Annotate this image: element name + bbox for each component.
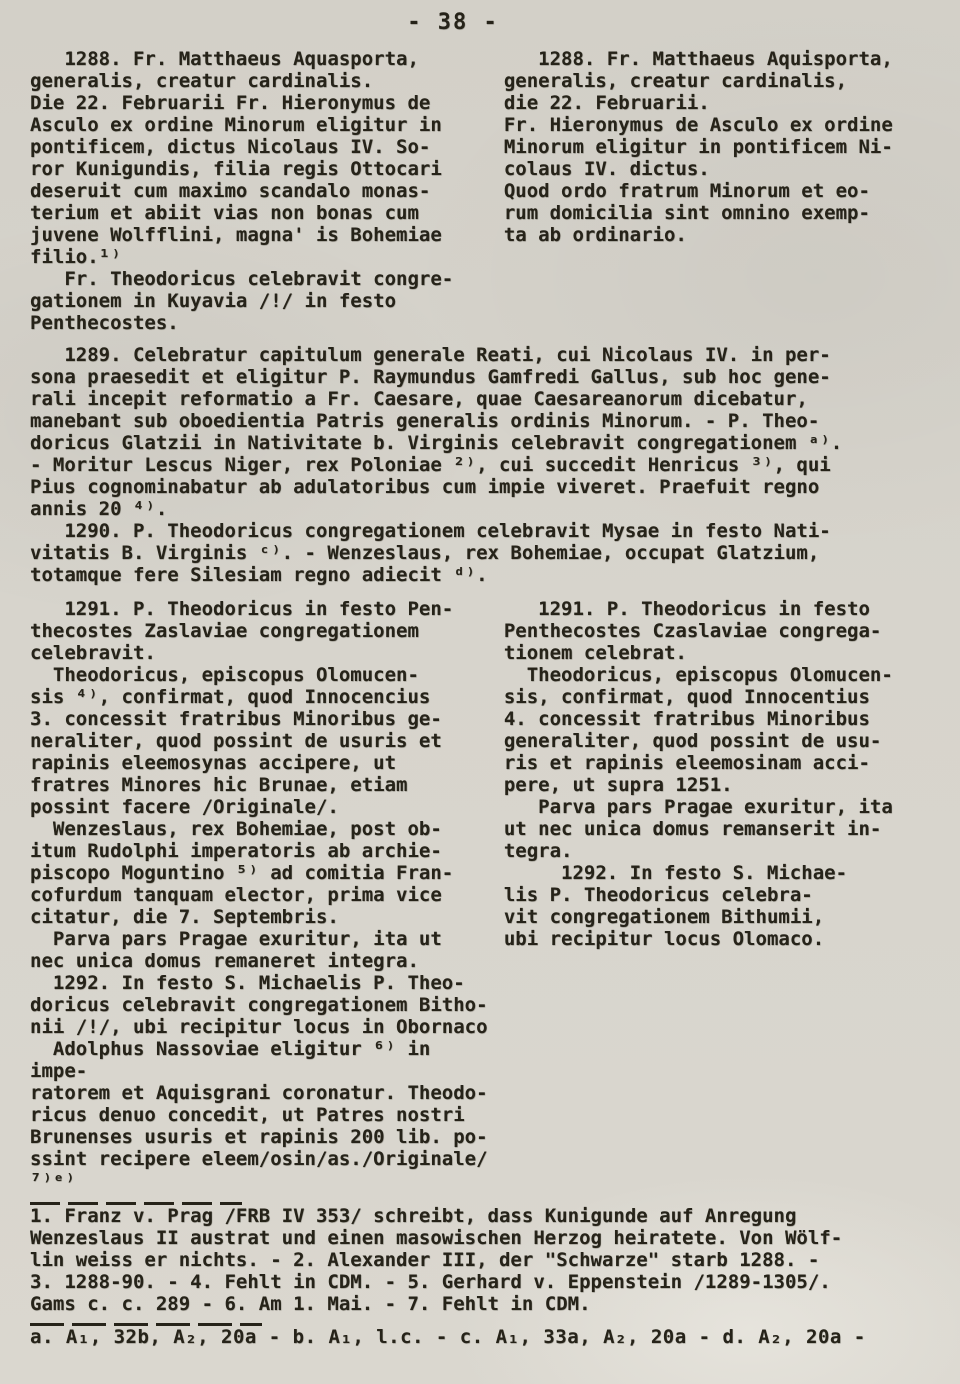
- entry-1288-right: 1288. Fr. Matthaeus Aquisporta, generali…: [504, 48, 932, 114]
- entry-1291-left: 1291. P. Theodoricus in festo Pen- theco…: [30, 598, 494, 664]
- section-1291-1292: 1291. P. Theodoricus in festo Pen- theco…: [30, 598, 932, 1192]
- entry-episcopus-right: Theodoricus, episcopus Olomucen- sis, co…: [504, 664, 932, 796]
- entry-1292-left: 1292. In festo S. Michaelis P. Theo- dor…: [30, 972, 494, 1038]
- entry-wenzeslaus-left: Wenzeslaus, rex Bohemiae, post ob- itum …: [30, 818, 494, 928]
- entry-1290: 1290. P. Theodoricus congregationem cele…: [30, 520, 932, 586]
- column-left-1288: 1288. Fr. Matthaeus Aquasporta, generali…: [30, 48, 494, 334]
- footnotes-text: 1. Franz v. Prag /FRB IV 353/ schreibt, …: [30, 1205, 932, 1315]
- document-page: - 38 - 1288. Fr. Matthaeus Aquasporta, g…: [0, 0, 960, 1348]
- entry-parva-right: Parva pars Pragae exuritur, ita ut nec u…: [504, 796, 932, 862]
- entry-parva-left: Parva pars Pragae exuritur, ita ut nec u…: [30, 928, 494, 972]
- column-left-1291: 1291. P. Theodoricus in festo Pen- theco…: [30, 598, 494, 1192]
- sigla-line: a. A₁, 32b, A₂, 20a - b. A₁, l.c. - c. A…: [30, 1326, 932, 1348]
- entry-1289: 1289. Celebratur capitulum generale Reat…: [30, 344, 932, 520]
- column-right-1288: 1288. Fr. Matthaeus Aquisporta, generali…: [504, 48, 932, 246]
- column-right-1291: 1291. P. Theodoricus in festo Penthecost…: [504, 598, 932, 950]
- entry-1292-right: 1292. In festo S. Michae- lis P. Theodor…: [504, 862, 932, 950]
- section-1289-1290: 1289. Celebratur capitulum generale Reat…: [30, 344, 932, 586]
- entry-adolphus-left: Adolphus Nassoviae eligitur ⁶⁾ in impe- …: [30, 1038, 494, 1192]
- entry-quod-right: Quod ordo fratrum Minorum et eo- rum dom…: [504, 180, 932, 246]
- entry-hieronymus-right: Fr. Hieronymus de Asculo ex ordine Minor…: [504, 114, 932, 180]
- entry-1291-right: 1291. P. Theodoricus in festo Penthecost…: [504, 598, 932, 664]
- entry-1288-left: 1288. Fr. Matthaeus Aquasporta, generali…: [30, 48, 494, 92]
- section-1288: 1288. Fr. Matthaeus Aquasporta, generali…: [30, 48, 932, 334]
- entry-theodoricus-left: Fr. Theodoricus celebravit congre- gatio…: [30, 268, 494, 334]
- page-number: - 38 -: [30, 12, 876, 34]
- entry-episcopus-left: Theodoricus, episcopus Olomucen- sis ⁴⁾,…: [30, 664, 494, 818]
- entry-die22-left: Die 22. Februarii Fr. Hieronymus de Ascu…: [30, 92, 494, 268]
